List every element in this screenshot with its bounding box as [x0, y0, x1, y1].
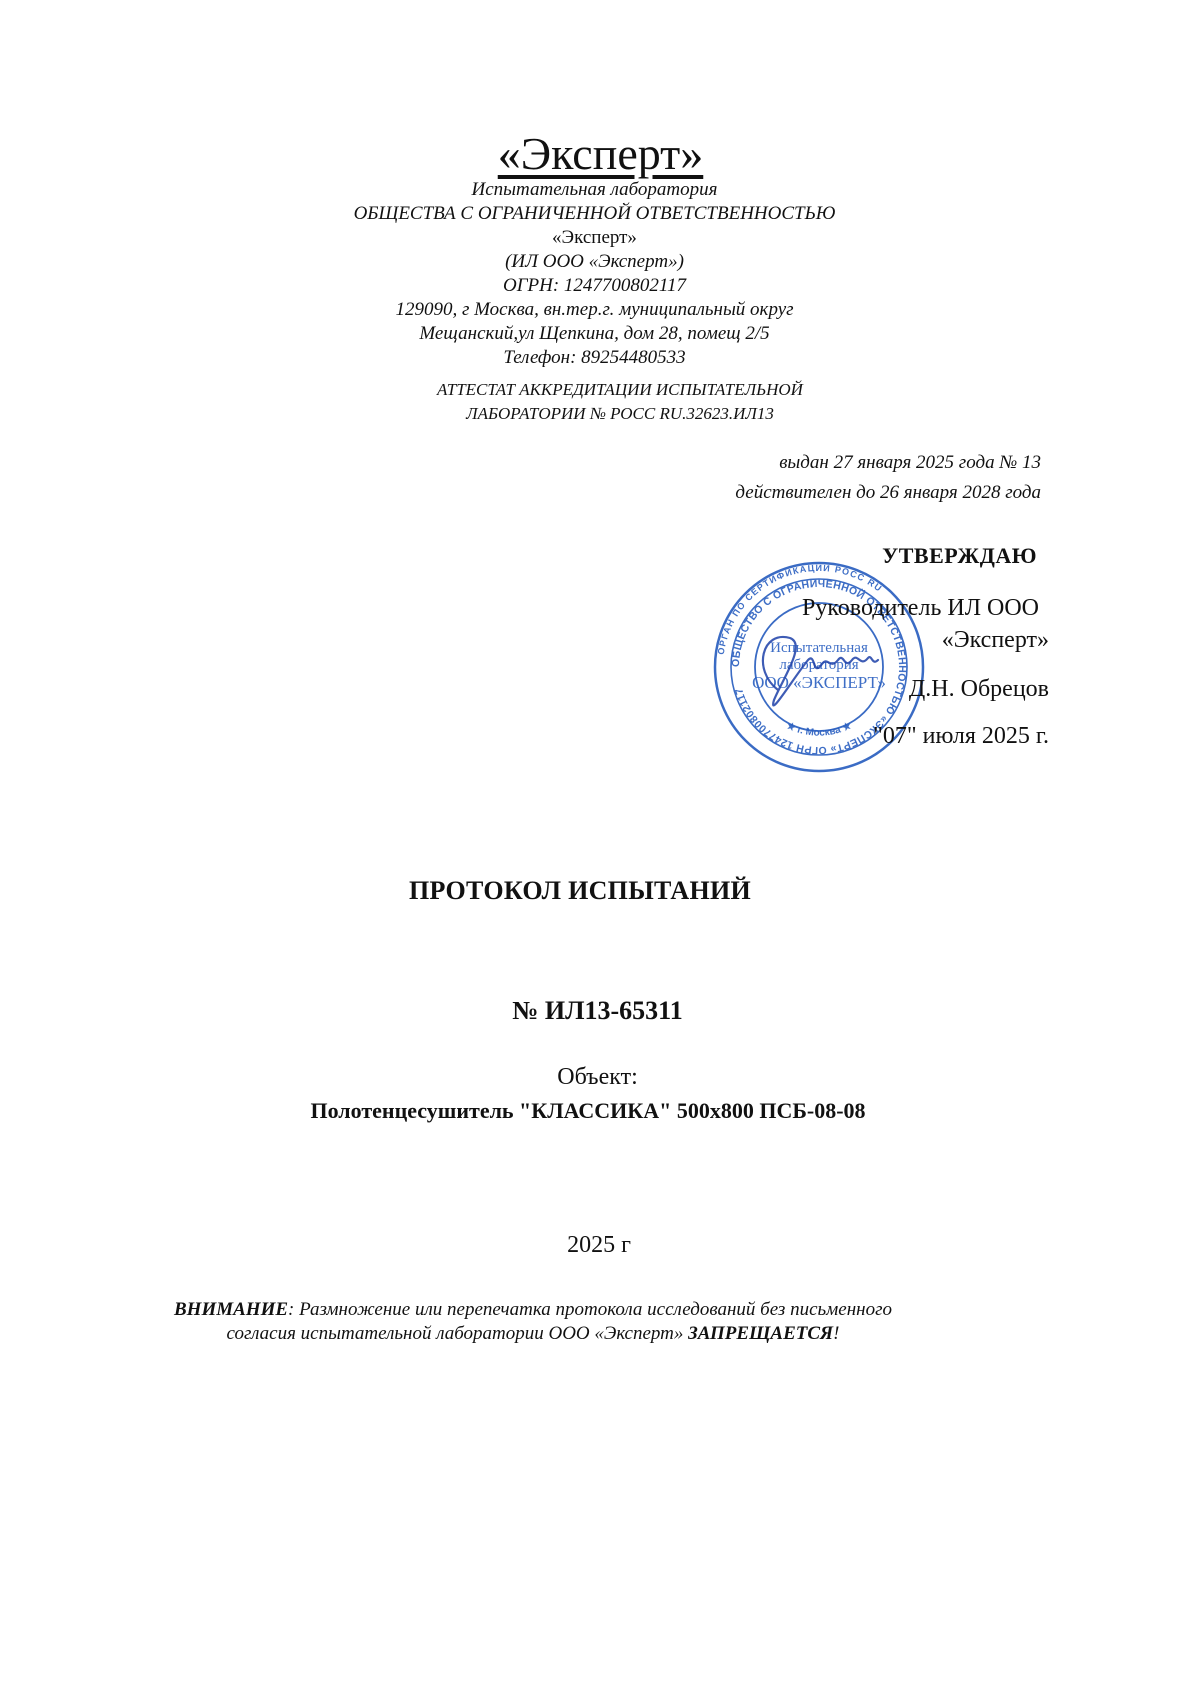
protocol-number: № ИЛ13-65311 [0, 996, 1189, 1026]
svg-text:★ г. Москва ★: ★ г. Москва ★ [785, 720, 854, 738]
approval-position-line-1: Руководитель ИЛ ООО [802, 594, 1039, 622]
protocol-year: 2025 г [0, 1232, 1189, 1259]
warning-emphasis: ЗАПРЕЩАЕТСЯ [688, 1323, 833, 1344]
signature-icon [763, 637, 878, 705]
protocol-title: ПРОТОКОЛ ИСПЫТАНИЙ [0, 876, 1160, 906]
accreditation-valid-until: действителен до 26 января 2028 года [735, 478, 1041, 508]
warning-line-1: ВНИМАНИЕ: Размножение или перепечатка пр… [0, 1298, 1066, 1322]
copy-warning: ВНИМАНИЕ: Размножение или перепечатка пр… [0, 1298, 1066, 1346]
accreditation-issued: выдан 27 января 2025 года № 13 [779, 448, 1041, 478]
accreditation-block: АТТЕСТАТ АККРЕДИТАЦИИ ИСПЫТАТЕЛЬНОЙ ЛАБО… [400, 378, 840, 426]
warning-text-2: согласия испытательной лаборатории ООО «… [227, 1323, 689, 1344]
object-name: Полотенцесушитель "КЛАССИКА" 500х800 ПСБ… [0, 1098, 1176, 1124]
approval-title: УТВЕРЖДАЮ [882, 543, 1037, 569]
header-line-short-name: (ИЛ ООО «Эксперт») [0, 250, 1189, 274]
warning-label: ВНИМАНИЕ [174, 1299, 288, 1320]
accreditation-line-2: ЛАБОРАТОРИИ № РОСС RU.32623.ИЛ13 [400, 402, 840, 426]
object-label: Объект: [0, 1064, 1189, 1091]
header-line-company-name: «Эксперт» [0, 226, 1189, 250]
lab-brand-title: «Эксперт» [0, 128, 1189, 180]
header-line-address-1: 129090, г Москва, вн.тер.г. муниципальны… [0, 298, 1189, 322]
stamp-center-line-1: Испытательная [770, 640, 868, 656]
warning-line-2: согласия испытательной лаборатории ООО «… [0, 1322, 1066, 1346]
header-line-company-form: ОБЩЕСТВА С ОГРАНИЧЕННОЙ ОТВЕТСТВЕННОСТЬЮ [0, 202, 1189, 226]
approval-position-line-2: «Эксперт» [942, 626, 1049, 654]
stamp-center-line-3: ООО «ЭКСПЕРТ» [752, 673, 886, 692]
header-line-phone: Телефон: 89254480533 [0, 346, 1189, 370]
warning-end: ! [833, 1323, 839, 1344]
brand-name: «Эксперт» [486, 128, 704, 179]
header-line-ogrn: ОГРН: 1247700802117 [0, 274, 1189, 298]
stamp-bottom-text: ★ г. Москва ★ [785, 720, 854, 738]
header-line-lab: Испытательная лаборатория [0, 178, 1189, 202]
lab-header-block: Испытательная лаборатория ОБЩЕСТВА С ОГР… [0, 178, 1189, 370]
stamp-center-line-2: лаборатория [779, 657, 858, 673]
approval-date: "07" июля 2025 г. [873, 722, 1049, 750]
header-line-address-2: Мещанский,ул Щепкина, дом 28, помещ 2/5 [0, 322, 1189, 346]
accreditation-line-1: АТТЕСТАТ АККРЕДИТАЦИИ ИСПЫТАТЕЛЬНОЙ [400, 378, 840, 402]
approver-name: Д.Н. Обрецов [909, 675, 1049, 703]
warning-text-1: : Размножение или перепечатка протокола … [288, 1299, 892, 1320]
